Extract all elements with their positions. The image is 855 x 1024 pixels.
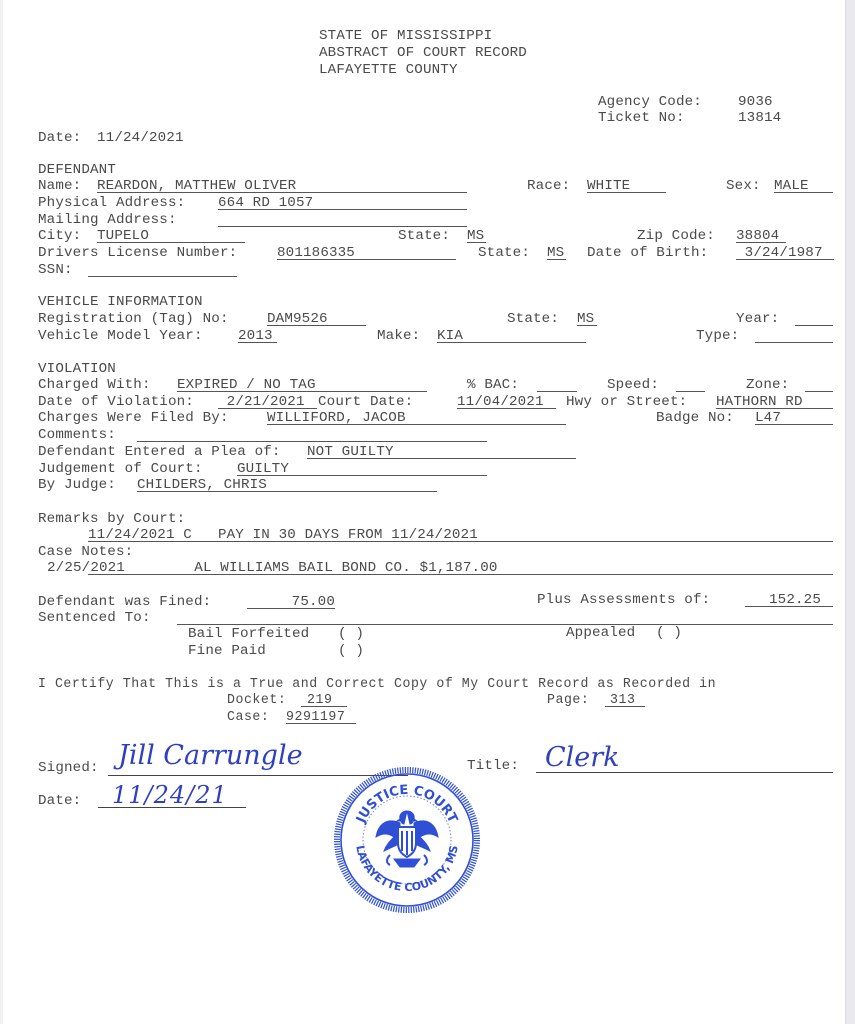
city-underline	[97, 242, 245, 243]
sex-label: Sex:	[726, 178, 761, 194]
agency-code-label: Agency Code:	[598, 94, 702, 110]
bail-forfeited-label: Bail Forfeited	[188, 626, 309, 642]
page-edge-right	[845, 0, 855, 1024]
date-signed-handwritten: 11/24/21	[112, 781, 228, 809]
remarks-underline	[88, 541, 833, 542]
assessments-underline	[745, 606, 833, 607]
certification-statement: I Certify That This is a True and Correc…	[38, 676, 716, 692]
fined-label: Defendant was Fined:	[38, 594, 211, 610]
vehicle-section-title: VEHICLE INFORMATION	[38, 294, 203, 310]
type-label: Type:	[696, 328, 739, 344]
sentenced-underline	[177, 624, 833, 625]
judge-label: By Judge:	[38, 477, 116, 493]
judge-underline	[137, 491, 437, 492]
date-label: Date:	[38, 130, 81, 146]
bac-label: % BAC:	[467, 377, 519, 393]
date-value: 11/24/2021	[97, 130, 184, 146]
case-underline	[286, 723, 356, 724]
mailing-address-underline	[218, 226, 467, 227]
title-underline	[536, 772, 833, 773]
page-underline	[605, 706, 645, 707]
make-underline	[437, 342, 586, 343]
year-label: Year:	[736, 311, 779, 327]
docket-underline	[301, 706, 347, 707]
name-underline	[97, 192, 467, 193]
ssn-underline	[88, 276, 237, 277]
plea-label: Defendant Entered a Plea of:	[38, 444, 281, 460]
header-county: LAFAYETTE COUNTY	[319, 62, 458, 78]
date-signed-label: Date:	[38, 793, 81, 809]
zip-underline	[736, 242, 786, 243]
assessments-label: Plus Assessments of:	[537, 592, 710, 608]
speed-label: Speed:	[607, 377, 659, 393]
bail-forfeited-checkbox: ( )	[338, 626, 364, 642]
date-signed-underline	[98, 807, 246, 808]
zone-label: Zone:	[746, 377, 789, 393]
filed-by-label: Charges Were Filed By:	[38, 410, 229, 426]
fined-underline	[247, 608, 335, 609]
case-notes-underline	[88, 574, 833, 575]
signed-label: Signed:	[38, 760, 99, 776]
agency-code-value: 9036	[738, 94, 773, 110]
signature-handwritten: Jill Carrungle	[118, 740, 303, 771]
name-label: Name:	[38, 178, 81, 194]
mailing-address-label: Mailing Address:	[38, 212, 177, 228]
dl-state-label: State:	[478, 245, 530, 261]
zone-underline	[805, 391, 833, 392]
zip-label: Zip Code:	[637, 228, 715, 244]
sentenced-label: Sentenced To:	[38, 610, 151, 626]
vehicle-state-label: State:	[507, 311, 559, 327]
charged-label: Charged With:	[38, 377, 151, 393]
speed-underline	[676, 391, 705, 392]
year-underline	[795, 325, 833, 326]
dob-underline	[736, 259, 834, 260]
street-underline	[716, 408, 833, 409]
make-label: Make:	[377, 328, 420, 344]
dob-label: Date of Birth:	[587, 245, 708, 261]
defendant-section-title: DEFENDANT	[38, 162, 116, 178]
appealed-label: Appealed	[566, 625, 635, 641]
judgement-label: Judgement of Court:	[38, 461, 203, 477]
physical-address-label: Physical Address:	[38, 195, 185, 211]
eagle-emblem-icon	[376, 811, 438, 867]
tag-label: Registration (Tag) No:	[38, 311, 229, 327]
state-label: State:	[398, 228, 450, 244]
court-date-underline	[457, 408, 556, 409]
plea-underline	[307, 458, 576, 459]
title-handwritten: Clerk	[545, 742, 620, 773]
model-year-underline	[238, 342, 277, 343]
badge-label: Badge No:	[656, 410, 734, 426]
comments-underline	[137, 441, 487, 442]
dl-label: Drivers License Number:	[38, 245, 237, 261]
violation-section-title: VIOLATION	[38, 361, 116, 377]
vehicle-state-underline	[577, 325, 597, 326]
court-seal: JUSTICE COURT LAFAYETTE COUNTY, MS	[334, 767, 480, 913]
model-year-label: Vehicle Model Year:	[38, 328, 203, 344]
case-notes-label: Case Notes:	[38, 544, 133, 560]
appealed-checkbox: ( )	[656, 625, 682, 641]
remarks-label: Remarks by Court:	[38, 511, 185, 527]
violation-date-underline	[218, 408, 317, 409]
type-underline	[755, 342, 833, 343]
badge-underline	[755, 424, 833, 425]
fine-paid-label: Fine Paid	[188, 643, 266, 659]
state-underline	[467, 242, 486, 243]
city-label: City:	[38, 228, 81, 244]
sex-underline	[774, 192, 833, 193]
case-label: Case:	[227, 709, 269, 725]
dl-underline	[277, 259, 456, 260]
bac-underline	[537, 391, 577, 392]
page-label: Page:	[547, 692, 589, 708]
header-title: ABSTRACT OF COURT RECORD	[319, 45, 527, 61]
race-underline	[587, 192, 666, 193]
seal-top-text: JUSTICE COURT	[353, 783, 460, 826]
filed-by-underline	[267, 424, 566, 425]
tag-underline	[267, 325, 366, 326]
dl-state-underline	[547, 259, 566, 260]
court-date-label: Court Date:	[318, 394, 413, 410]
header-state: STATE OF MISSISSIPPI	[319, 28, 492, 44]
race-label: Race:	[527, 178, 570, 194]
ticket-no-value: 13814	[738, 110, 781, 126]
comments-label: Comments:	[38, 427, 116, 443]
ticket-no-label: Ticket No:	[598, 110, 685, 126]
physical-address-underline	[218, 209, 467, 210]
charged-underline	[177, 391, 427, 392]
ssn-label: SSN:	[38, 262, 73, 278]
docket-label: Docket:	[227, 692, 286, 708]
street-label: Hwy or Street:	[566, 394, 687, 410]
fine-paid-checkbox: ( )	[338, 643, 364, 659]
judgement-underline	[237, 475, 487, 476]
page-edge-left	[0, 0, 3, 1024]
violation-date-label: Date of Violation:	[38, 394, 194, 410]
